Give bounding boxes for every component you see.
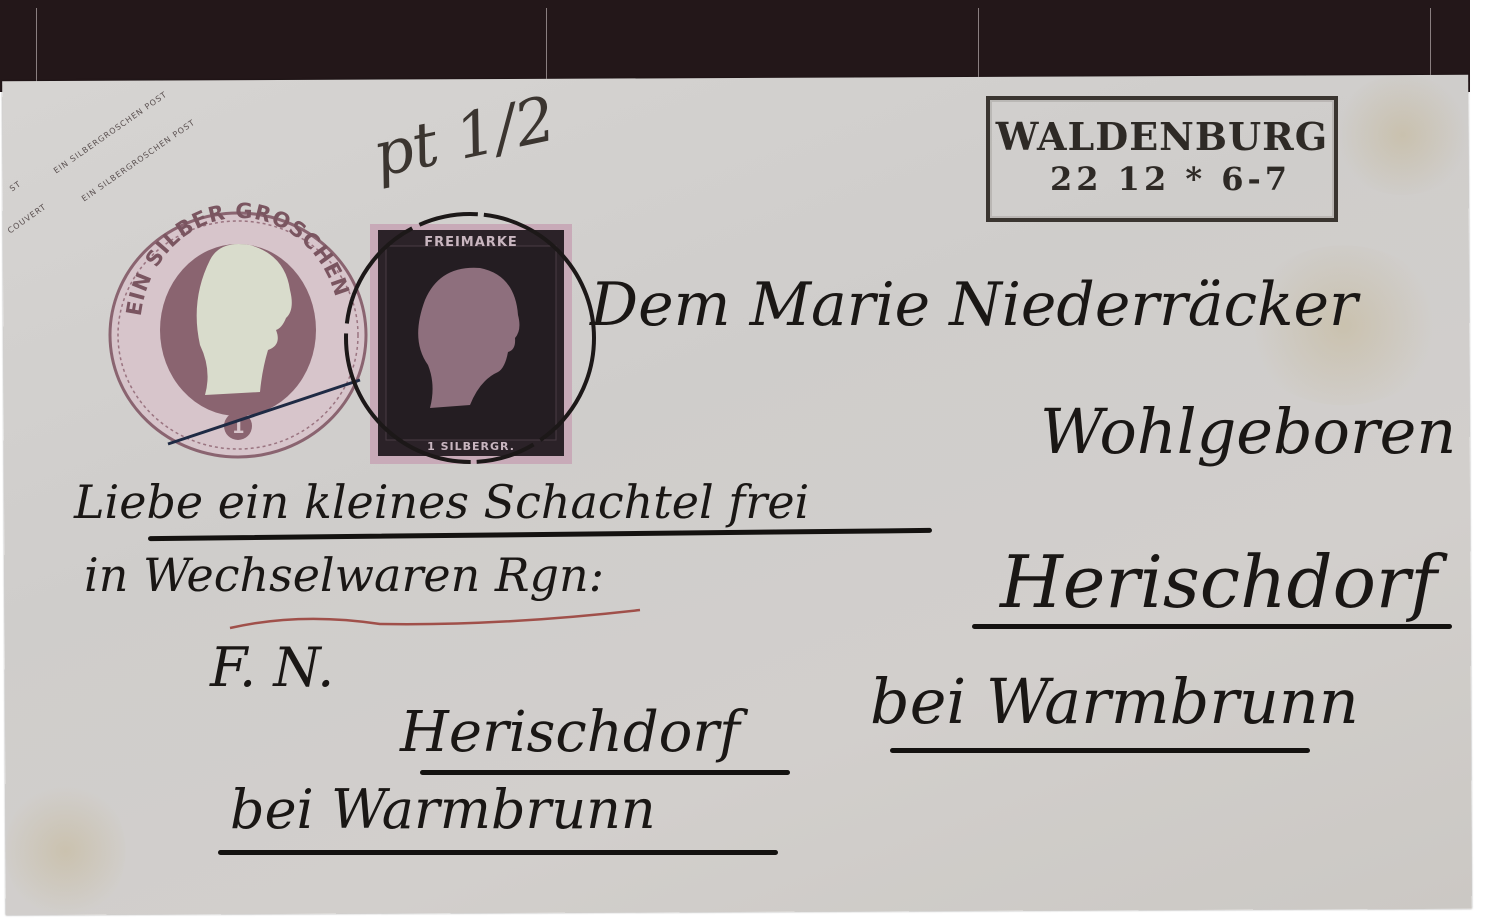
addressee-city: Herischdorf: [1000, 540, 1437, 624]
addressee-region-underline: [890, 748, 1310, 753]
postmark-date: 22 12 * 6-7: [1050, 160, 1291, 198]
sender-region-underline: [218, 850, 778, 855]
adhesive-stamp: [370, 224, 572, 464]
addressee-region: bei Warmbrunn: [870, 665, 1359, 738]
stamp-top-label: FREIMARKE: [424, 235, 518, 250]
sender-note-line2: in Wechselwaren Rgn:: [84, 548, 604, 602]
red-pencil-mark: [230, 610, 640, 628]
sender-initials: F. N.: [210, 636, 334, 699]
sender-note-line1: Liebe ein kleines Schachtel frei: [74, 475, 809, 529]
waldenburg-postmark: WALDENBURG 22 12 * 6-7: [986, 96, 1338, 222]
sender-region: bei Warmbrunn: [230, 778, 656, 841]
postmark-city: WALDENBURG: [990, 114, 1334, 159]
sender-city: Herischdorf: [400, 700, 740, 765]
addressee-city-underline: [972, 624, 1452, 629]
sender-city-underline: [420, 770, 790, 775]
addressee-name: Dem Marie Niederräcker: [590, 270, 1358, 340]
stamp-bottom-label: 1 SILBERGR.: [427, 440, 515, 453]
addressee-title: Wohlgeboren: [1040, 395, 1456, 468]
